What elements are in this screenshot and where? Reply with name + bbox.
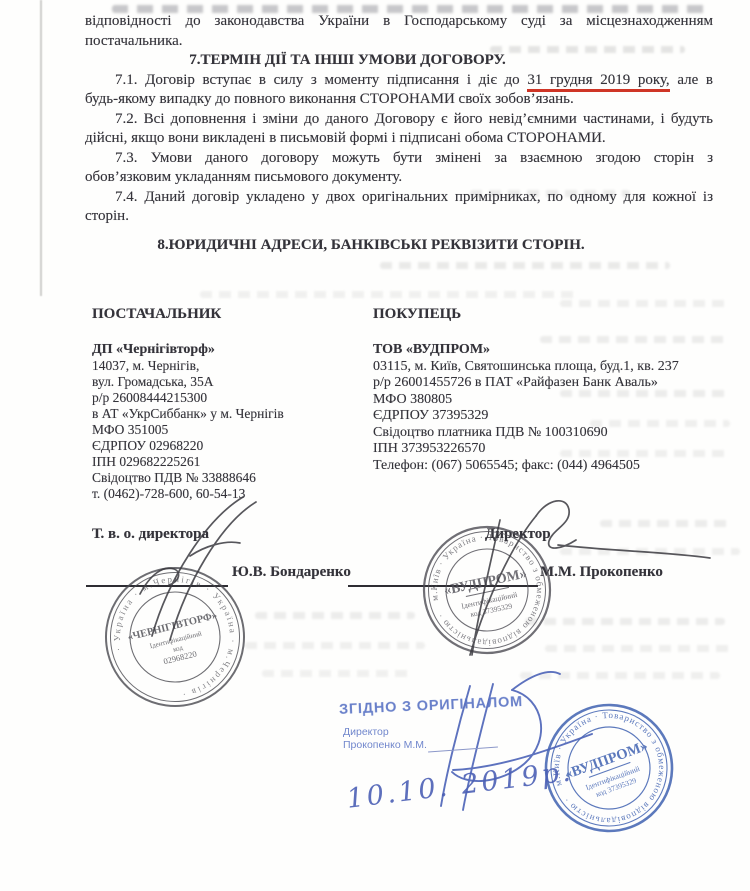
buyer-phone-line: Телефон: (067) 5065545; факс: (044) 4964… [373,458,679,475]
clause-7-1-line-2: будь-якому випадку до повного виконання … [85,90,713,110]
supplier-address-line: 14037, м. Чернігів, [92,358,284,374]
bleed-through-mark [525,618,725,625]
bleed-through-mark [545,645,730,652]
buyer-black-stamp-id-code: код 37395329 [470,601,514,619]
supplier-signature-line [86,585,228,587]
buyer-header: ПОКУПЕЦЬ [373,306,461,323]
buyer-vat-line: Свідоцтво платника ПДВ № 100310690 [373,425,679,442]
buyer-ipn-line: ІПН 373953226570 [373,441,679,458]
svg-text:м.Київ · Україна · Товариство: м.Київ · Україна · Товариство з обмежено… [421,524,553,656]
bleed-through-mark [262,670,412,677]
section-8-title: 8.ЮРИДИЧНІ АДРЕСИ, БАНКІВСЬКІ РЕКВІЗИТИ … [85,236,657,256]
bleed-through-mark [520,672,720,679]
clause-7-1-text-before: 7.1. Договір вступає в силу з моменту пі… [115,72,527,88]
clause-7-3-line-2: обов’язковим укладанням письмового докум… [85,168,713,188]
scanned-contract-page: відповідності до законодавства України в… [0,0,750,891]
buyer-blue-stamp-name: «ВУДПРОМ» [563,738,650,783]
certification-role: Директор [343,726,389,738]
certification-name: Прокопенко М.М. [343,739,427,751]
buyer-mfo-line: МФО 380805 [373,392,679,409]
buyer-details: ТОВ «ВУДПРОМ» 03115, м. Київ, Святошинсь… [373,342,679,474]
clause-7-3-line-1: 7.3. Умови даного договору можуть бути з… [85,149,713,169]
supplier-details: ДП «Чернігівторф» 14037, м. Чернігів, ву… [92,342,284,502]
supplier-name: ДП «Чернігівторф» [92,342,284,358]
bleed-through-mark [200,291,580,298]
supplier-mfo-line: МФО 351005 [92,422,284,438]
clause-7-4-line-2: сторін. [85,207,713,227]
supplier-address-line: вул. Громадська, 35А [92,374,284,390]
clause-7-1-line-1: 7.1. Договір вступає в силу з моменту пі… [85,71,713,91]
buyer-address-line: 03115, м. Київ, Святошинська площа, буд.… [373,359,679,376]
supplier-ipn-line: ІПН 029682225261 [92,454,284,470]
buyer-black-stamp-name: «ВУДПРОМ» [443,567,528,599]
supplier-bank-line: в АТ «УкрСиббанк» у м. Чернігів [92,406,284,422]
buyer-round-stamp-black: м.Київ · Україна · Товариство з обмежено… [421,524,553,656]
supplier-edrpou-line: ЄДРПОУ 02968220 [92,438,284,454]
supplier-stamp-id-label: Ідентифікаційний [149,630,203,651]
buyer-black-stamp-ring-text: м.Київ · Україна · Товариство з обмежено… [421,524,553,656]
buyer-black-stamp-id-label: Ідентифікаційний [460,590,518,611]
supplier-stamp-id-code: 02968220 [162,648,197,666]
contract-body-text: відповідності до законодавства України в… [85,12,713,255]
scan-edge-line [40,0,42,296]
supplier-vat-line: Свідоцтво ПДВ № 33888646 [92,470,284,486]
supplier-stamp-name: «ЧЕРНІГІВТОРФ» [127,610,219,643]
supplier-account-line: р/р 26008444215300 [92,390,284,406]
clause-7-1-text-after: але в [670,72,713,88]
bleed-through-mark [380,262,670,269]
bleed-through-mark [600,520,730,527]
supplier-header: ПОСТАЧАЛЬНИК [92,306,221,323]
contract-end-date-underlined: 31 грудня 2019 року, [527,72,669,92]
supplier-signer-name: Ю.В. Бондаренко [232,564,351,581]
buyer-edrpou-line: ЄДРПОУ 37395329 [373,408,679,425]
bleed-through-mark [560,548,740,555]
buyer-name: ТОВ «ВУДПРОМ» [373,342,679,359]
section-7-title: 7.ТЕРМІН ДІЇ ТА ІНШІ УМОВИ ДОГОВОРУ. [85,51,610,71]
bleed-through-mark [245,642,425,649]
supplier-signer-title: Т. в. о. директора [92,526,209,543]
supplier-stamp-id-word: код [172,643,184,653]
clause-7-2-line-1: 7.2. Всі доповнення і зміни до даного До… [85,110,713,130]
buyer-blue-stamp-id-label: Ідентифікаційний [584,764,641,792]
clause-7-2-line-2: дійсні, якщо вони викладені в письмовій … [85,129,713,149]
buyer-signer-name: М.М. Прокопенко [540,564,663,581]
handwritten-date: 10.10. 2019р. [345,756,575,815]
certified-copy-stamp-text: ЗГІДНО З ОРИГІНАЛОМ [339,694,524,718]
jurisdiction-line-2: постачальника. [85,32,713,52]
bleed-through-mark [255,612,415,619]
buyer-signer-title: Директор [485,526,551,543]
supplier-phone-line: т. (0462)-728-600, 60-54-13 [92,486,284,502]
certification-signature-line [428,747,498,753]
jurisdiction-line-1: відповідності до законодавства України в… [85,12,713,32]
buyer-blue-stamp-id-code: код 37395329 [595,776,638,799]
requisites-section: ПОСТАЧАЛЬНИК ПОКУПЕЦЬ ДП «Чернігівторф» … [85,306,735,521]
buyer-account-line: р/р 26001455726 в ПАТ «Райфазен Банк Ава… [373,375,679,392]
buyer-signature-line [348,585,538,587]
clause-7-4-line-1: 7.4. Даний договір укладено у двох оригі… [85,188,713,208]
